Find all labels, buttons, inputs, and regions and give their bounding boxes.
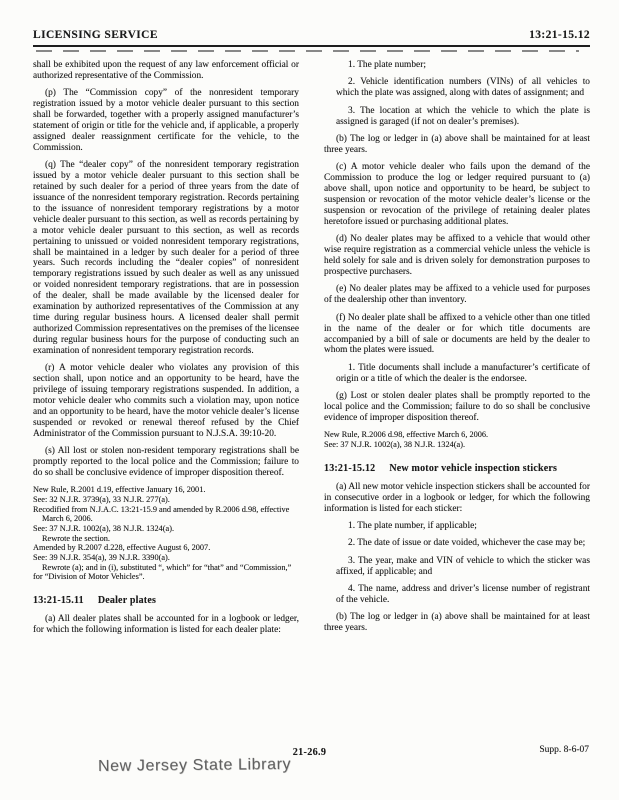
citation-block: New Rule, R.2006 d.98, effective March 6…	[324, 430, 590, 449]
paragraph: (q) The “dealer copy” of the nonresident…	[33, 160, 299, 356]
citation-line: See: 39 N.J.R. 354(a), 39 N.J.R. 3390(a)…	[33, 553, 299, 563]
paragraph: (p) The “Commission copy” of the nonresi…	[33, 88, 299, 153]
paragraph: (s) All lost or stolen non-resident temp…	[33, 446, 299, 479]
section-heading: 13:21-15.12New motor vehicle inspection …	[324, 463, 590, 474]
citation-line: Rewrote the section.	[33, 534, 299, 544]
paragraph: (a) All dealer plates shall be accounted…	[33, 614, 299, 636]
section-number: 13:21-15.11	[33, 595, 84, 606]
list-item: 3. The year, make and VIN of vehicle to …	[336, 556, 590, 578]
header-section-number: 13:21-15.12	[529, 29, 590, 41]
list-item: 3. The location at which the vehicle to …	[336, 106, 590, 128]
list-item: 1. The plate number;	[336, 60, 590, 71]
citation-line: See: 37 N.J.R. 1002(a), 38 N.J.R. 1324(a…	[324, 440, 590, 450]
footer-page-number: 21-26.9	[0, 747, 619, 758]
paragraph: (f) No dealer plate shall be affixed to …	[324, 313, 590, 357]
right-column: 1. The plate number;2. Vehicle identific…	[324, 60, 590, 642]
citation-line: New Rule, R.2006 d.98, effective March 6…	[324, 430, 590, 440]
citation-line: See: 37 N.J.R. 1002(a), 38 N.J.R. 1324(a…	[33, 524, 299, 534]
paragraph: (d) No dealer plates may be affixed to a…	[324, 234, 590, 278]
header-rule-scan-artifact	[36, 50, 579, 52]
citation-line: Recodified from N.J.A.C. 13:21-15.9 and …	[33, 505, 299, 524]
paragraph: (g) Lost or stolen dealer plates shall b…	[324, 391, 590, 424]
section-title: New motor vehicle inspection stickers	[389, 463, 557, 474]
paragraph: (r) A motor vehicle dealer who violates …	[33, 363, 299, 439]
list-item: 2. The date of issue or date voided, whi…	[336, 538, 590, 549]
citation-line: See: 32 N.J.R. 3739(a), 33 N.J.R. 277(a)…	[33, 495, 299, 505]
paragraph: (c) A motor vehicle dealer who fails upo…	[324, 162, 590, 227]
page-header: LICENSING SERVICE 13:21-15.12	[33, 29, 590, 41]
document-page: LICENSING SERVICE 13:21-15.12 shall be e…	[0, 0, 619, 800]
header-rule	[33, 45, 590, 47]
left-column: shall be exhibited upon the request of a…	[33, 60, 299, 642]
paragraph: (e) No dealer plates may be affixed to a…	[324, 284, 590, 306]
paragraph: (a) All new motor vehicle inspection sti…	[324, 482, 590, 515]
text-columns: shall be exhibited upon the request of a…	[33, 60, 590, 642]
section-number: 13:21-15.12	[324, 463, 375, 474]
section-heading: 13:21-15.11Dealer plates	[33, 595, 299, 606]
section-title: Dealer plates	[98, 595, 156, 606]
citation-line: Rewrote (a); and in (i), substituted “, …	[33, 563, 299, 582]
list-item: 1. The plate number, if applicable;	[336, 521, 590, 532]
list-item: 1. Title documents shall include a manuf…	[336, 363, 590, 385]
list-item: 4. The name, address and driver’s licens…	[336, 584, 590, 606]
header-title: LICENSING SERVICE	[33, 29, 158, 41]
citation-line: Amended by R.2007 d.228, effective Augus…	[33, 543, 299, 553]
library-stamp: New Jersey State Library	[98, 756, 291, 776]
list-item: 2. Vehicle identification numbers (VINs)…	[336, 77, 590, 99]
paragraph: (b) The log or ledger in (a) above shall…	[324, 612, 590, 634]
paragraph: shall be exhibited upon the request of a…	[33, 60, 299, 82]
citation-block: New Rule, R.2001 d.19, effective January…	[33, 485, 299, 582]
citation-line: New Rule, R.2001 d.19, effective January…	[33, 485, 299, 495]
paragraph: (b) The log or ledger in (a) above shall…	[324, 134, 590, 156]
footer-supplement-date: Supp. 8-6-07	[539, 745, 589, 755]
